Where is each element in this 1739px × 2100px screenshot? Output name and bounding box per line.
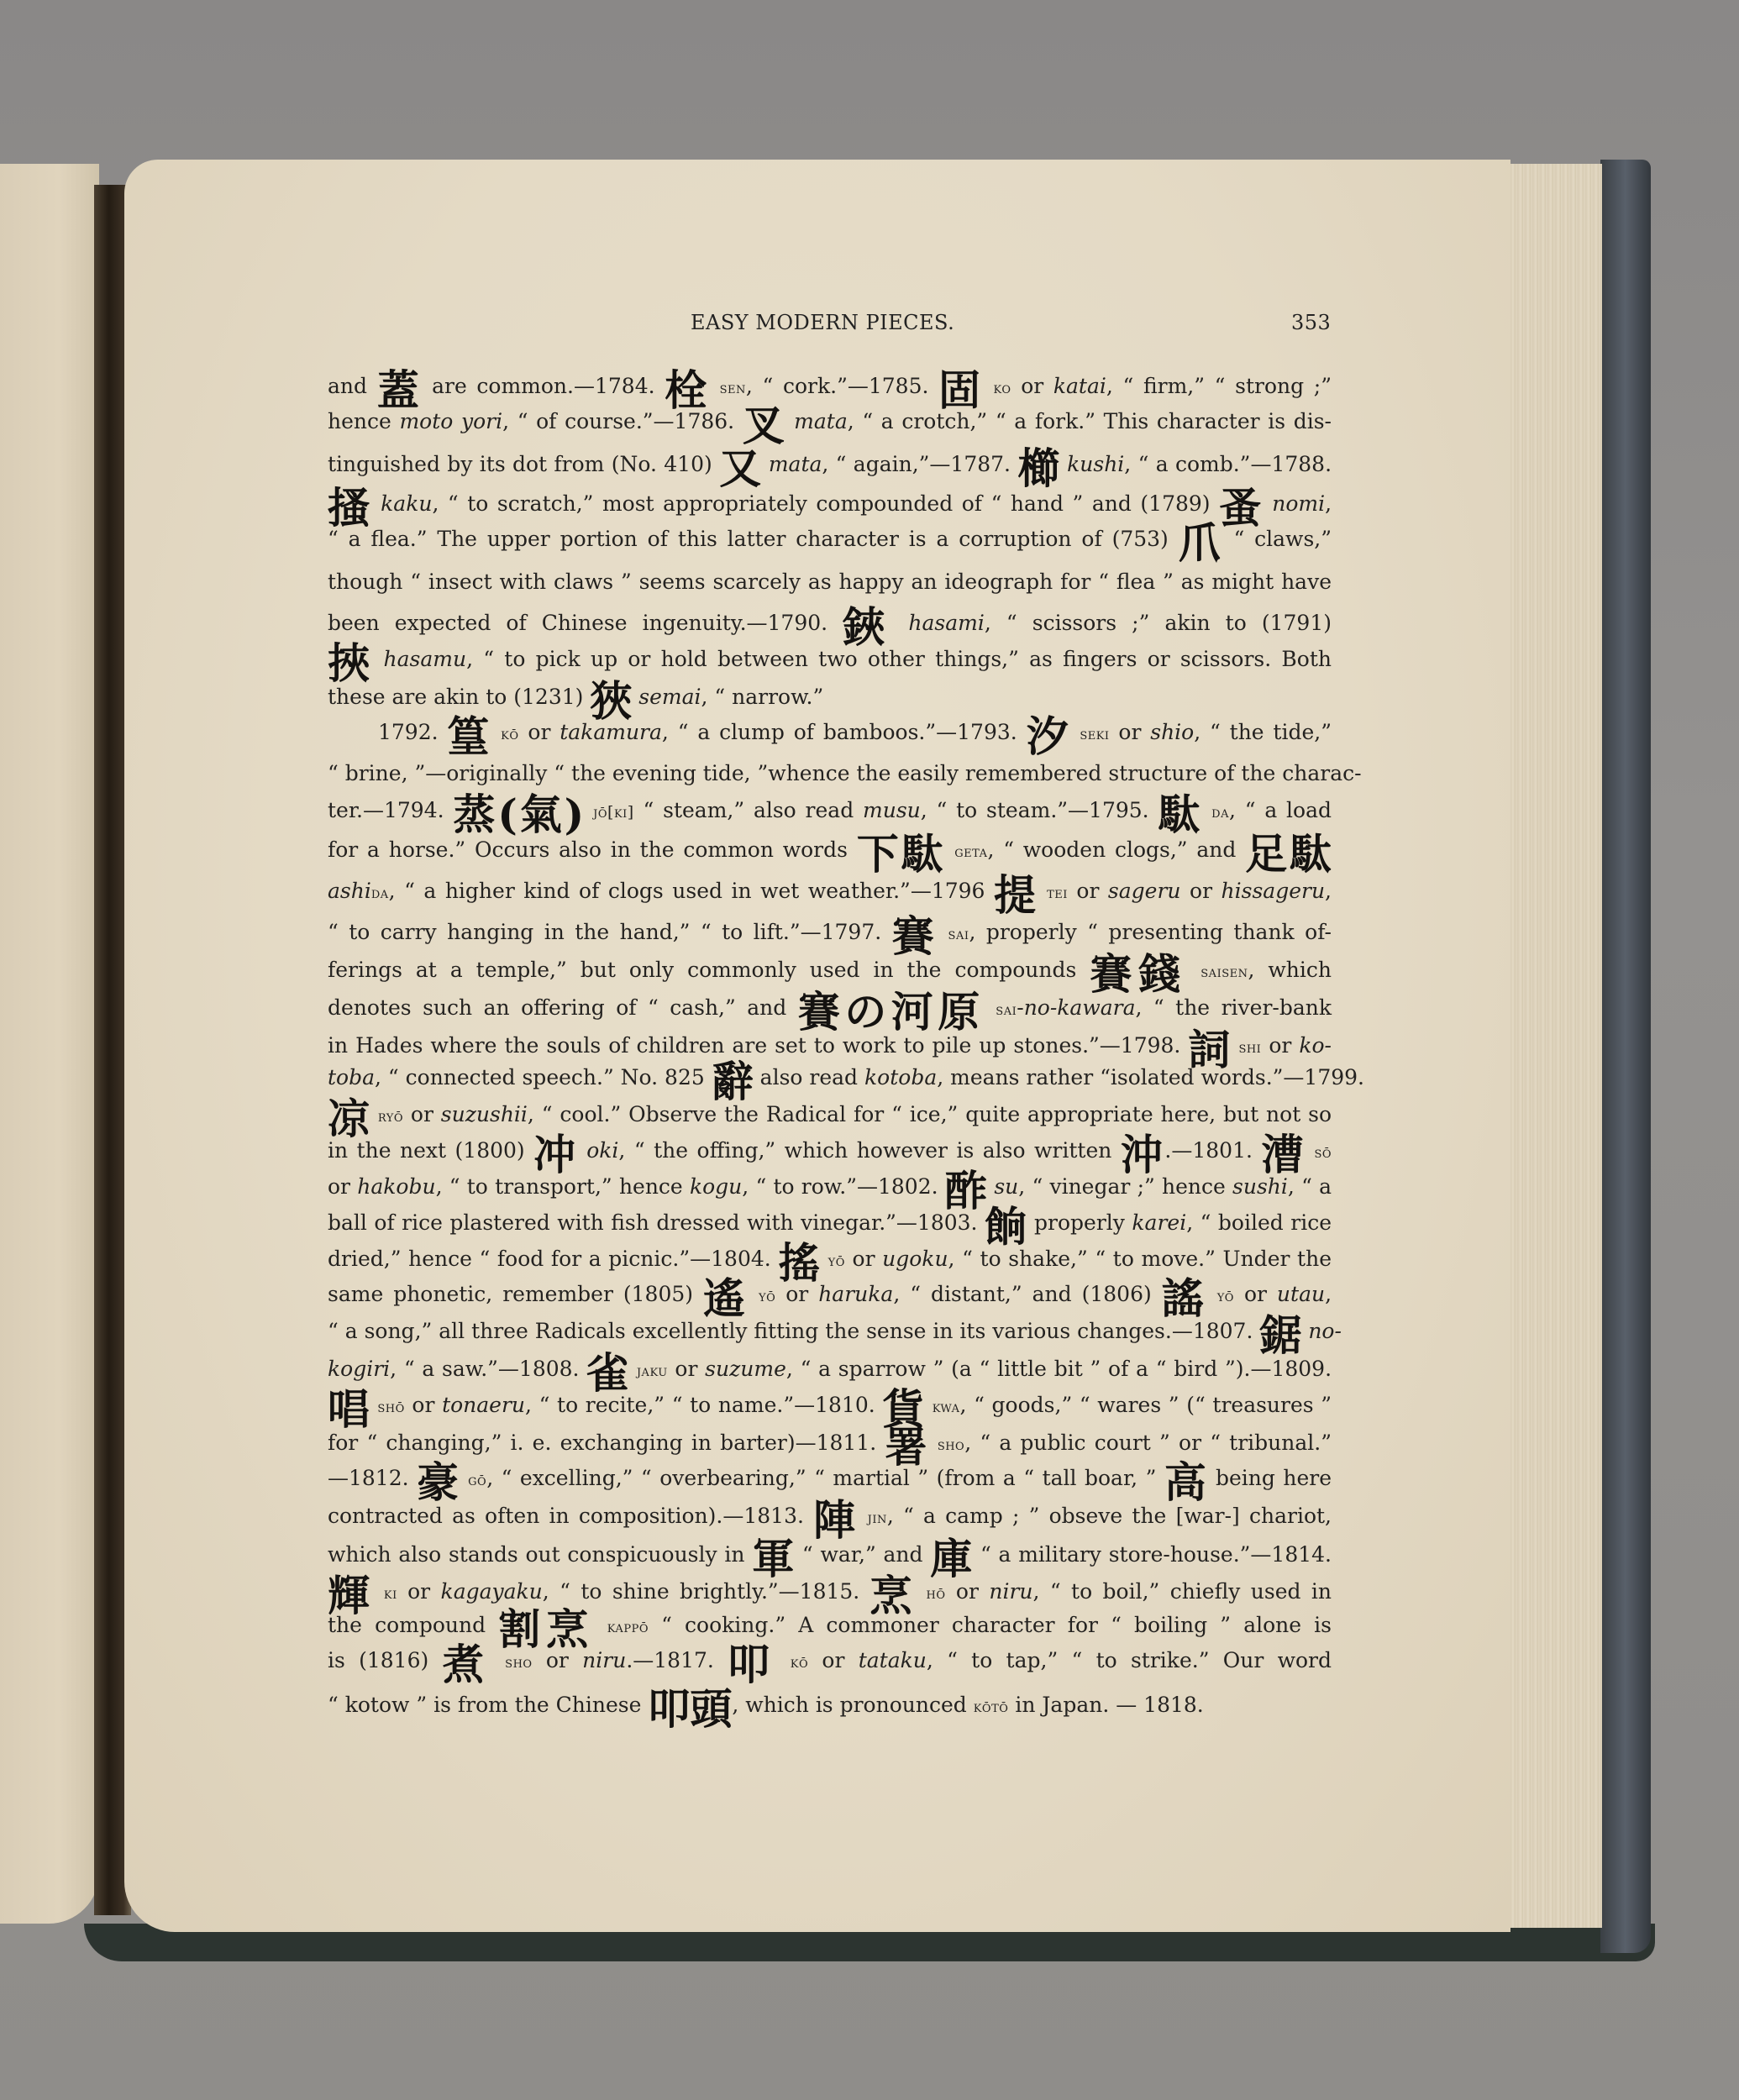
romanized-reading: sai [948,925,969,943]
romanized-reading: saisen [1200,963,1248,981]
kanji-character: 駄 [1158,790,1202,839]
text-line: 搔 kaku, “ to scratch,” most appropriatel… [328,491,1332,516]
text-line: 1792. 篁 kō or takamura, “ a clump of bam… [328,720,1332,744]
kanji-character: 篁 [447,711,491,761]
kanji-character: 櫛 [1017,444,1059,493]
romanized-reading: jō[ki] [593,803,634,822]
romanized-reading: yō [759,1287,775,1305]
text-line: “ brine, ”—originally “ the evening tide… [328,761,1332,785]
text-line: “ a flea.” The upper portion of this lat… [328,527,1332,551]
kanji-character: 足駄 [1245,829,1332,879]
kanji-character: 固 [938,365,984,415]
romanized-reading: sho [938,1436,964,1454]
kanji-character: 沖 [1121,1130,1165,1179]
kanji-character: 爪 [1179,518,1224,568]
text-line: the compound 割烹 kappō “ cooking.” A comm… [328,1613,1332,1637]
text-line: ball of rice plastered with fish dressed… [328,1210,1332,1235]
running-head: EASY MODERN PIECES. [691,311,954,334]
text-line: is (1816) 煮 sho or niru.—1817. 叩 kō or t… [328,1648,1332,1672]
romanized-reading: kwa [933,1398,960,1416]
kanji-character: 汐 [1027,711,1071,761]
kanji-character: 又 [719,444,761,493]
romanized-reading: jin [868,1509,887,1527]
romanized-reading: ki [384,1584,397,1603]
text-line: for “ changing,” i. e. exchanging in bar… [328,1431,1332,1455]
kanji-character: 漕 [1261,1130,1306,1179]
text-line: been expected of Chinese ingenuity.—1790… [328,611,1332,635]
text-line: dried,” hence “ food for a picnic.”—1804… [328,1247,1332,1271]
text-line: ter.—1794. 蒸(氣) jō[ki] “ steam,” also re… [328,798,1332,822]
kanji-character: 狹 [590,676,632,726]
text-line: “ to carry hanging in the hand,” “ to li… [328,920,1332,944]
romanized-reading: tei [1047,884,1068,902]
text-line: 挾 hasamu, “ to pick up or hold between t… [328,647,1332,671]
kanji-character: 割烹 [498,1604,594,1654]
kanji-character: 高 [1164,1457,1208,1507]
kanji-character: 叩 [728,1640,776,1689]
page-fore-edge [1508,164,1602,1928]
kanji-character: 提 [994,870,1038,920]
kanji-character: 冲 [533,1130,578,1179]
romanized-reading: kō [791,1653,808,1672]
text-line: ashida, “ a higher kind of clogs used in… [328,879,1332,903]
text-line: “ a song,” all three Radicals excellentl… [328,1319,1332,1343]
kanji-character: 餉 [985,1202,1027,1252]
kanji-character: 謠 [1162,1273,1207,1323]
text-line: for a horse.” Occurs also in the common … [328,837,1332,862]
kanji-character: 搔 [328,483,372,533]
kanji-character: 蒸(氣) [453,790,584,839]
romanized-reading: sen [720,379,746,397]
kanji-character: 叩頭 [648,1684,732,1734]
text-line: tinguished by its dot from (No. 410) 又 m… [328,452,1332,476]
romanized-reading: geta [954,843,987,861]
kanji-character: 遙 [703,1273,749,1323]
text-line: which also stands out conspicuously in 軍… [328,1542,1332,1567]
text-line: though “ insect with claws ” seems scarc… [328,570,1332,594]
romanized-reading: da [371,884,389,902]
text-line: in Hades where the souls of children are… [328,1033,1332,1058]
text-line: in the next (1800) 冲 oki, “ the offing,”… [328,1138,1332,1163]
romanized-reading: yō [1217,1287,1234,1305]
text-line: 唱 shō or tonaeru, “ to recite,” “ to nam… [328,1393,1332,1417]
text-line: kogiri, “ a saw.”—1808. 雀 jaku or suzume… [328,1357,1332,1381]
romanized-reading: jaku [637,1362,668,1380]
text-line: denotes such an offering of “ cash,” and… [328,995,1332,1020]
text-line: “ kotow ” is from the Chinese 叩頭, which … [328,1693,1332,1717]
kanji-character: 凉 [328,1094,370,1143]
kanji-character: 栓 [665,365,710,415]
text-line: and 蓋 are common.—1784. 栓 sen, “ cork.”—… [328,374,1332,398]
facing-left-page [0,164,99,1924]
kanji-character: 署 [885,1422,928,1472]
kanji-character: 賽の河原 [798,987,985,1037]
romanized-reading: ko [994,379,1011,397]
kanji-character: 賽錢 [1090,949,1187,999]
romanized-reading: kappō [607,1618,649,1636]
kanji-character: 豪 [417,1457,460,1507]
romanized-reading: kō [501,725,518,743]
kanji-character: 唱 [328,1384,370,1434]
romanized-reading: shi [1238,1038,1261,1057]
kanji-character: 庫 [930,1534,973,1583]
text-line: hence moto yori, “ of course.”—1786. 叉 m… [328,409,1332,433]
romanized-reading: yō [828,1252,845,1270]
kanji-character: 鋸 [1259,1310,1301,1360]
romanized-reading: sai [996,1000,1017,1019]
page-number: 353 [1291,311,1331,334]
kanji-character: 搖 [778,1238,821,1288]
text-line: 凉 ryō or suzushii, “ cool.” Observe the … [328,1102,1332,1126]
text-line: —1812. 豪 gō, “ excelling,” “ overbearing… [328,1466,1332,1490]
romanized-reading: sō [1314,1143,1332,1162]
text-line: toba, “ connected speech.” No. 825 辭 als… [328,1065,1332,1089]
text-line: same phonetic, remember (1805) 遙 yō or h… [328,1282,1332,1306]
romanized-reading: seki [1080,725,1109,743]
kanji-character: 陣 [813,1495,858,1545]
kanji-character: 辭 [712,1057,754,1106]
kanji-character: 酢 [945,1166,987,1215]
kanji-character: 鋏 [843,602,893,652]
text-line: ferings at a temple,” but only commonly … [328,958,1332,982]
romanized-reading: da [1211,803,1229,822]
kanji-character: 下駄 [857,829,946,879]
romanized-reading: gō [468,1471,486,1489]
kanji-character: 軍 [752,1534,795,1583]
kanji-character: 蚤 [1219,483,1264,533]
text-line: or hakobu, “ to transport,” hence kogu, … [328,1174,1332,1199]
kanji-character: 挾 [328,638,373,688]
kanji-character: 賽 [892,911,938,961]
romanized-reading: hō [927,1584,946,1603]
romanized-reading: shō [377,1398,404,1416]
romanized-reading: sho [505,1653,532,1672]
kanji-character: 煮 [443,1640,491,1689]
kanji-character: 雀 [586,1348,629,1398]
romanized-reading: kōtō [974,1698,1009,1716]
book-cover-right-edge [1600,160,1651,1953]
text-line: contracted as often in composition).—181… [328,1504,1332,1528]
text-line: 輝 ki or kagayaku, “ to shine brightly.”—… [328,1579,1332,1604]
text-line: these are akin to (1231) 狹 semai, “ narr… [328,685,1332,709]
romanized-reading: ryō [378,1107,403,1126]
kanji-character: 蓋 [377,365,423,415]
